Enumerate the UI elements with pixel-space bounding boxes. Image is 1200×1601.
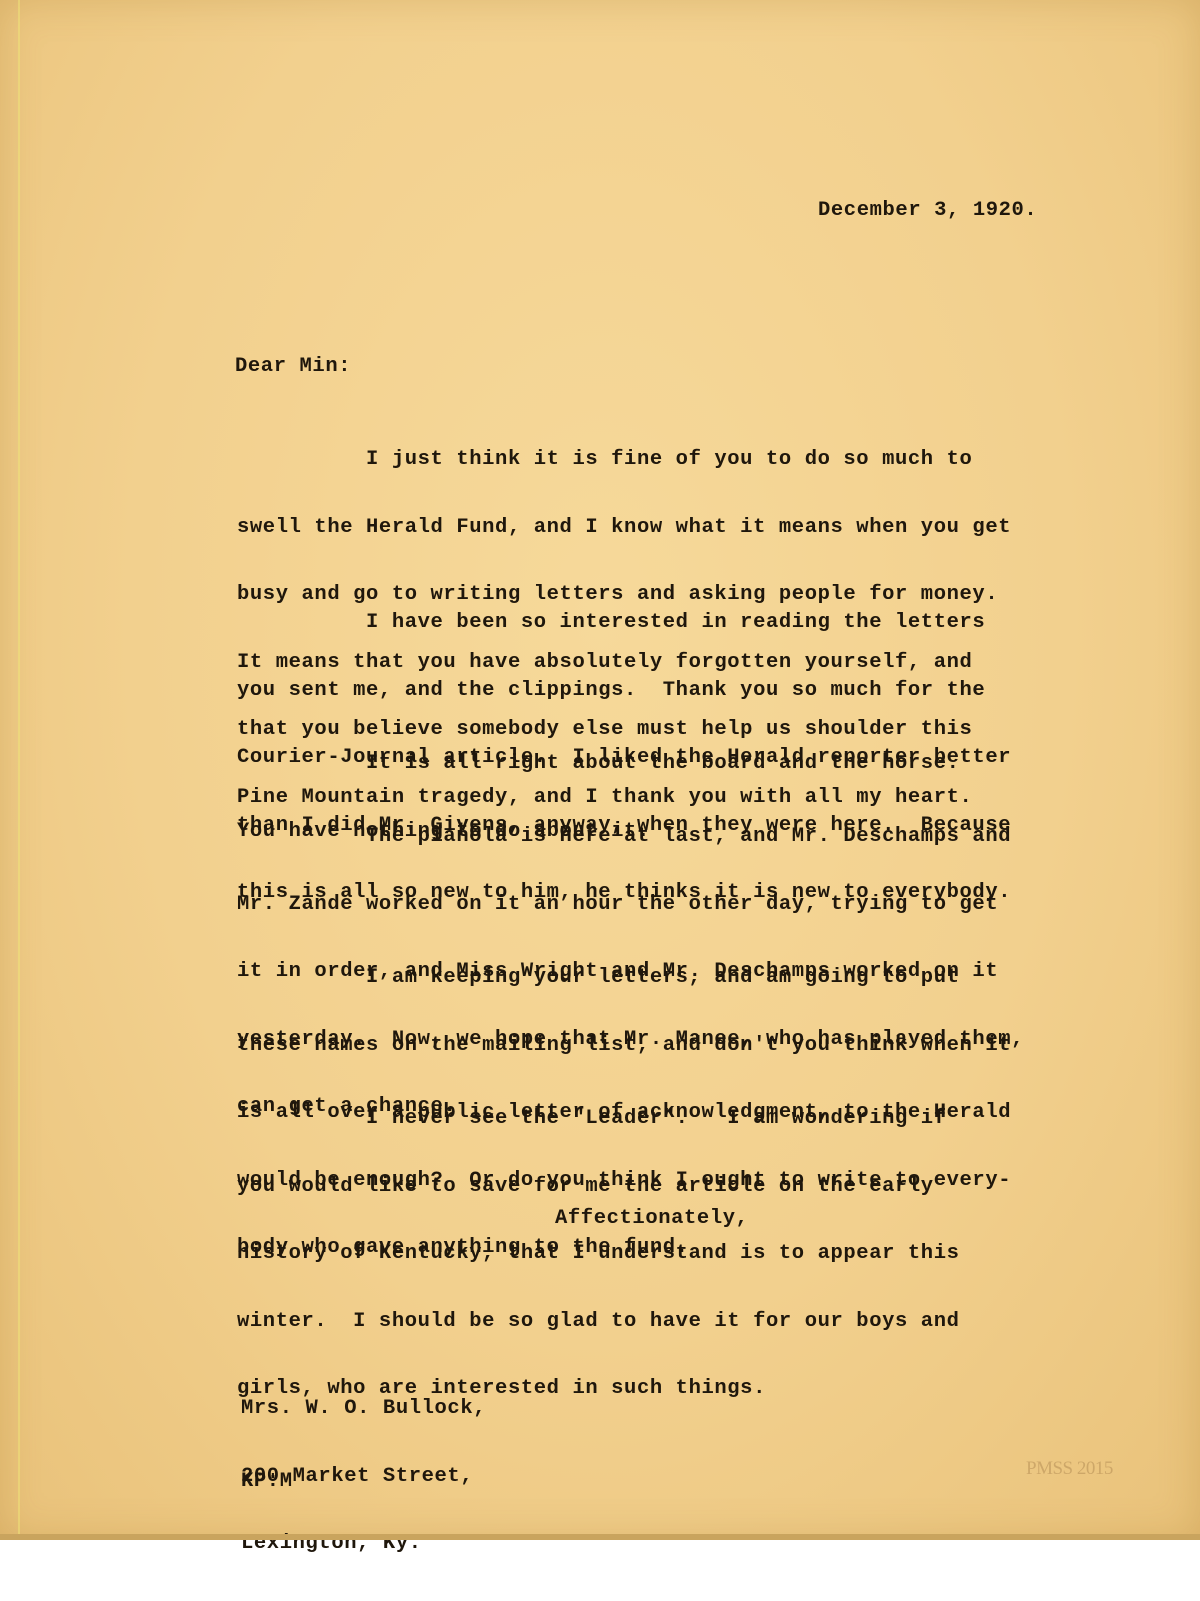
paragraph-line: these names on the mailing list, and don… — [237, 1035, 1011, 1058]
salutation: Dear Min: — [235, 356, 351, 379]
paragraph-line: you sent me, and the clippings. Thank yo… — [237, 680, 1011, 703]
paragraph-line: winter. I should be so glad to have it f… — [237, 1311, 960, 1334]
closing: Affectionately, — [555, 1208, 749, 1231]
recipient-city: Lexington, Ky. — [241, 1533, 486, 1550]
paragraph-line: It is all right about the board and the … — [237, 753, 960, 776]
paragraph-line: I am keeping your letters, and am going … — [237, 967, 1011, 990]
paragraph-line: I never see the "Leader". I am wondering… — [237, 1108, 960, 1131]
letter-date: December 3, 1920. — [818, 200, 1037, 223]
typist-initials: KP:M — [241, 1471, 293, 1494]
archive-watermark: PMSS 2015 — [1026, 1458, 1113, 1480]
recipient-name: Mrs. W. O. Bullock, — [241, 1398, 486, 1421]
paragraph-line: Mr. Zande worked on it an hour the other… — [237, 894, 1024, 917]
paragraph-line: swell the Herald Fund, and I know what i… — [237, 517, 1011, 540]
paragraph-line: history of Kentucky, that I understand i… — [237, 1243, 960, 1266]
letter-page: December 3, 1920. Dear Min: I just think… — [0, 0, 1200, 1540]
paragraph-line: you would like to save for me the articl… — [237, 1176, 960, 1199]
paragraph-line: I just think it is fine of you to do so … — [237, 449, 1011, 472]
recipient-address: Mrs. W. O. Bullock, 200 Market Street, L… — [241, 1353, 486, 1550]
paragraph-line: The pianola is here at last, and Mr. Des… — [237, 826, 1024, 849]
paragraph-line: I have been so interested in reading the… — [237, 612, 1011, 635]
